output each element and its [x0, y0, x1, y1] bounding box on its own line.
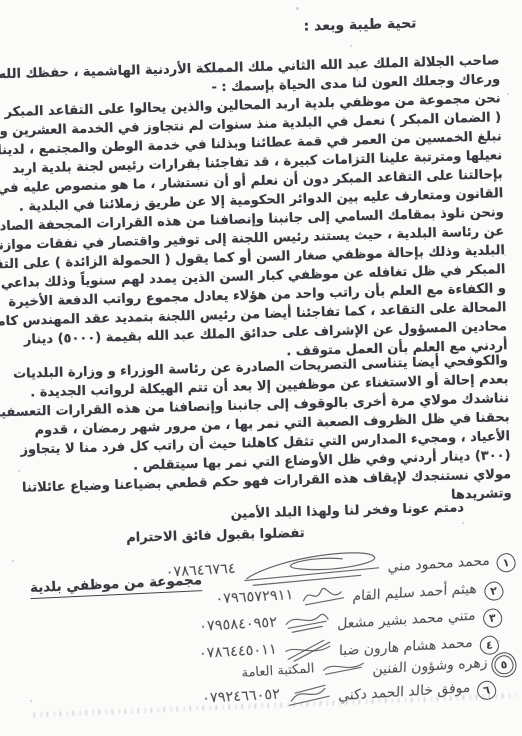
greeting-line: تحية طيبة وبعد : [303, 16, 416, 35]
paragraph-2: والكوفحي أيضا يتناسى التصريحات الصادرة ع… [52, 351, 512, 516]
signature-phone: ٠٧٩٦٥٧٢٩١١ [215, 587, 294, 607]
scan-speck [498, 640, 500, 642]
scanned-petition-document: { "page": { "greeting": "تحية طيبة وبعد … [0, 0, 522, 736]
scan-speck [504, 254, 506, 256]
scan-speck [18, 470, 20, 472]
scan-speck [507, 93, 509, 95]
signature-scribble [321, 657, 366, 680]
scan-speck [500, 432, 503, 434]
signature-phone: ٠٧٨٦٤٤٥٠١١ [199, 642, 278, 662]
scan-speck [12, 560, 14, 562]
signature-note: المكتبة العامة [241, 661, 315, 681]
signature-phone: ٠٧٨٦٤٦٧٦٤ [165, 561, 236, 581]
signature-scribble [299, 582, 346, 609]
scan-speck [462, 522, 464, 524]
signature-name: هيثم أحمد سليم القام [353, 581, 478, 605]
circled-number: ٣ [482, 607, 504, 629]
scan-speck [350, 45, 352, 47]
signature-name: زهره وشؤون الفنين [372, 655, 487, 678]
letter-sheet: تحية طيبة وبعد : صاحب الجلالة الملك عبد … [0, 0, 522, 736]
circled-number: ٤ [479, 634, 501, 656]
respect-line: تفضلوا بقبول فائق الاحترام [126, 526, 305, 546]
paragraph-1: صاحب الجلالة الملك عبد الله الثاني ملك ا… [43, 51, 507, 368]
scan-speck [296, 7, 299, 10]
signature-name: متني محمد بشير مشعل [337, 608, 476, 633]
circled-number: ٥ [493, 654, 515, 676]
circled-number: ٢ [483, 580, 505, 602]
scan-speck [30, 700, 32, 702]
circled-number: ١ [495, 551, 517, 573]
signature-name: محمد محمود مني [387, 553, 490, 575]
scan-speck [26, 178, 28, 180]
signature-scribble [284, 609, 331, 636]
scan-speck [9, 317, 11, 319]
signature-phone: ٠٧٩٥٨٤٠٩٥٢ [199, 615, 278, 635]
